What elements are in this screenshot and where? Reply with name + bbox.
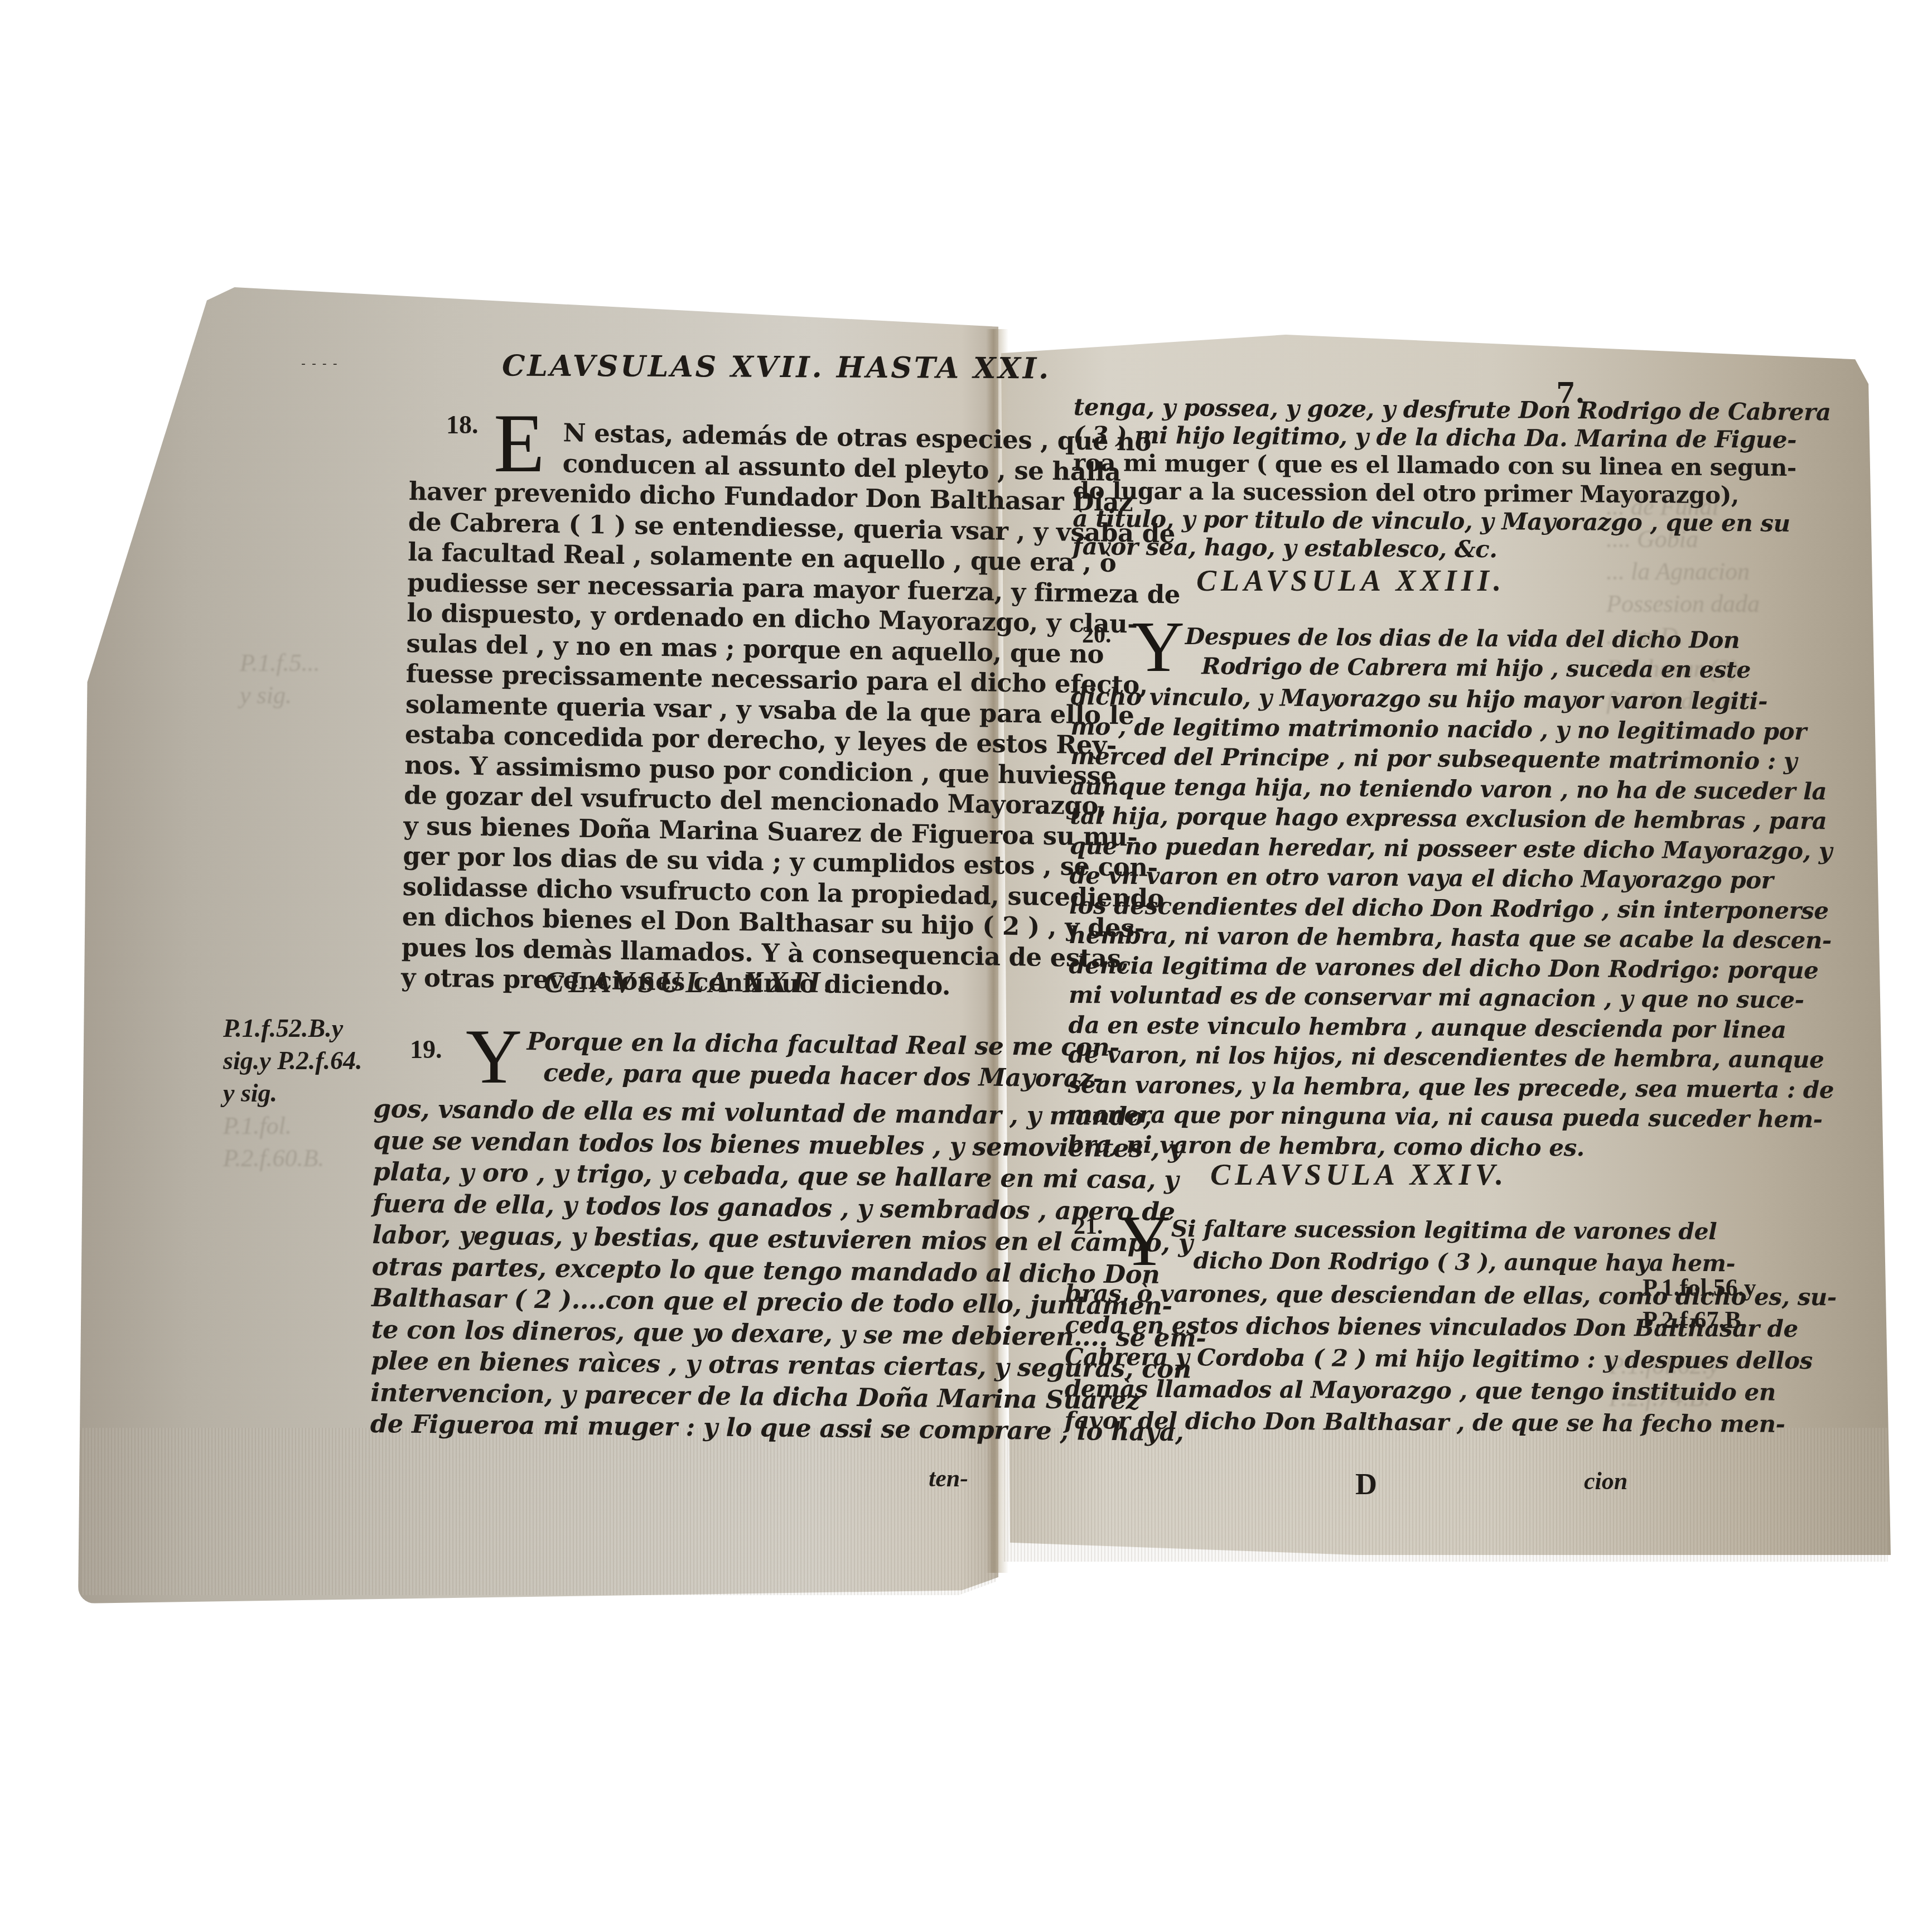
- bleed-through-note: P.1.f.5... y sig.: [240, 647, 320, 712]
- text-line: cede, para que pueda hacer dos Mayoraz-: [527, 1057, 1119, 1095]
- text-line: demàs llamados al Mayorazgo , que tengo …: [1065, 1373, 1600, 1407]
- text-line: aunque tenga hija, no teniendo varon , n…: [1070, 771, 1600, 804]
- running-head: CLAVSULAS XVII. HASTA XXI.: [502, 349, 1051, 385]
- text-line: plee en bienes raìces , y otras rentas c…: [371, 1345, 974, 1383]
- text-line: Si faltare sucession legitima de varones…: [1171, 1213, 1736, 1248]
- text-line: labor, yeguas, y bestias, que estuvieren…: [372, 1219, 975, 1257]
- signature-mark: D: [1355, 1467, 1377, 1501]
- text-line: favor del dicho Don Balthasar , de que s…: [1065, 1404, 1600, 1439]
- text-line: ceda en estos dichos bienes vinculados D…: [1065, 1309, 1600, 1344]
- text-line: Balthasar ( 2 )....con que el precio de …: [371, 1282, 974, 1320]
- text-line: dicho vinculo, y Mayorazgo su hijo mayor…: [1071, 682, 1601, 715]
- margin-note-line: P.1.f.52.B.y: [223, 1012, 363, 1045]
- text-line: gos, vsando de ella es mi voluntad de ma…: [373, 1093, 976, 1131]
- text-line: de varon, ni los hijos, ni descendientes…: [1068, 1040, 1598, 1073]
- text-line: bras, ò varones, que desciendan de ellas…: [1065, 1277, 1601, 1312]
- dropcap-Y: Y: [1132, 611, 1185, 683]
- text-line: que no puedan heredar, ni posseer este d…: [1070, 830, 1600, 864]
- text-line: los descendientes del dicho Don Rodrigo …: [1069, 890, 1599, 924]
- paragraph-number: 19.: [410, 1035, 442, 1064]
- catchword-right: cion: [1584, 1467, 1627, 1495]
- text-line: Cabrera y Cordoba ( 2 ) mi hijo legitimo…: [1065, 1341, 1600, 1375]
- bleed-through-note: P.1.fol. P.2.f.60.B.: [223, 1110, 324, 1175]
- paragraph-21-body: bras, ò varones, que desciendan de ellas…: [1065, 1277, 1601, 1439]
- text-line: hembra, ni varon de hembra, hasta que se…: [1069, 920, 1599, 954]
- text-line: merced del Principe , ni por subsequente…: [1070, 741, 1600, 775]
- text-line: Despues de los dias de la vida del dicho…: [1185, 622, 1751, 655]
- text-line: à titulo, y por titulo de vinculo, y May…: [1073, 505, 1591, 536]
- left-page-fore-edge: [81, 1428, 996, 1595]
- text-line: ( 3 ) mi hijo legitimo, y de la dicha Da…: [1073, 421, 1592, 452]
- paragraph-19-body: gos, vsando de ella es mi voluntad de ma…: [370, 1093, 975, 1446]
- margin-note-line: y sig.: [223, 1077, 363, 1109]
- text-line: mi voluntad es de conservar mi agnacion …: [1069, 980, 1598, 1013]
- paragraph-18-body: N estas, además de otras especies , que …: [401, 416, 968, 1002]
- margin-note-right: P.1.fol.56.y P.2.f.67.B.: [1643, 1272, 1756, 1336]
- text-line: Rodrigo de Cabrera mi hijo , suceda en e…: [1185, 651, 1751, 685]
- margin-note-line: P.1.fol.56.y: [1643, 1272, 1756, 1304]
- text-line: de Figueroa mi muger : y lo que assi se …: [370, 1408, 973, 1446]
- text-line: roa mi muger ( que es el llamado con su …: [1073, 449, 1592, 480]
- text-line: manera que por ninguna via, ni causa pue…: [1068, 1099, 1597, 1133]
- paragraph-21-opening: Si faltare sucession legitima de varones…: [1171, 1213, 1735, 1279]
- text-line: de vn varon en otro varon vaya el dicho …: [1069, 861, 1599, 894]
- continuation-text: tenga, y possea, y goze, y desfrute Don …: [1073, 393, 1592, 564]
- text-line: sean varones, y la hembra, que les prece…: [1068, 1069, 1598, 1103]
- text-line: do lugar a la sucession del otro primer …: [1073, 477, 1592, 508]
- text-line: da en este vinculo hembra , aunque desci…: [1069, 1010, 1598, 1043]
- margin-note-line: P.2.f.67.B.: [1643, 1304, 1756, 1336]
- clause-title-xxiv: CLAVSULA XXIV.: [1210, 1157, 1508, 1192]
- paragraph-number: 21.: [1074, 1213, 1103, 1240]
- text-line: dencia legitima de varones del dicho Don…: [1069, 950, 1598, 983]
- text-line: tal hija, porque hago expressa exclusion…: [1070, 801, 1600, 834]
- catchword-left: ten-: [929, 1464, 968, 1493]
- top-mark: - - - -: [301, 357, 339, 371]
- paragraph-20-opening: Despues de los dias de la vida del dicho…: [1185, 622, 1751, 685]
- clause-title-xxiii: CLAVSULA XXIII.: [1196, 563, 1505, 598]
- dropcap-Y: Y: [1118, 1205, 1171, 1277]
- right-page-fore-edge: [1004, 1428, 1888, 1562]
- open-book-photo: P.1.f.5... y sig. P.1.fol. P.2.f.60.B. .…: [0, 0, 1932, 1932]
- text-line: mo , de legitimo matrimonio nacido , y n…: [1070, 711, 1600, 745]
- text-line: tenga, y possea, y goze, y desfrute Don …: [1074, 393, 1592, 424]
- margin-note-line: sig.y P.2.f.64.: [223, 1045, 363, 1077]
- text-line: favor sea, hago, y establesco, &c.: [1073, 533, 1591, 564]
- text-line: plata, y oro , y trigo, y cebada, que se…: [373, 1156, 975, 1194]
- margin-note-left: P.1.f.52.B.y sig.y P.2.f.64. y sig.: [223, 1012, 363, 1109]
- paragraph-number: 20.: [1082, 622, 1112, 649]
- clause-title-xxii: CLAVSULA XXII.: [544, 965, 837, 999]
- paragraph-19-opening: Porque en la dicha facultad Real se me c…: [527, 1026, 1119, 1095]
- paragraph-20-body: dicho vinculo, y Mayorazgo su hijo mayor…: [1068, 682, 1601, 1163]
- dropcap-Y: Y: [466, 1018, 522, 1096]
